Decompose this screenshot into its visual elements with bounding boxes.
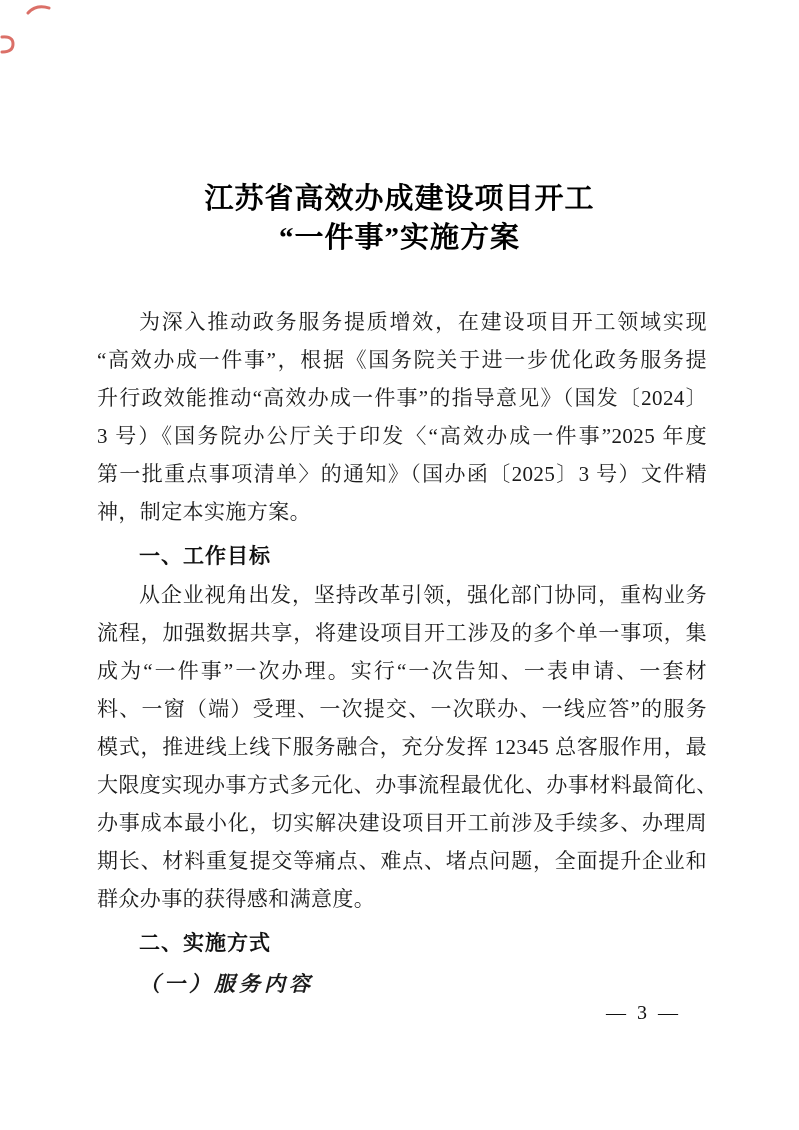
work-goals-line: 群众办事的获得感和满意度。 bbox=[97, 880, 707, 918]
work-goals-line: 成为“一件事”一次办理。实行“一次告知、一表申请、一套材 bbox=[97, 652, 707, 690]
document-page: 江苏省高效办成建设项目开工 “一件事”实施方案 为深入推动政务服务提质增效，在建… bbox=[0, 0, 799, 1130]
work-goals-line: 流程，加强数据共享，将建设项目开工涉及的多个单一事项，集 bbox=[97, 614, 707, 652]
intro-paragraph: 为深入推动政务服务提质增效，在建设项目开工领域实现 “高效办成一件事”，根据《国… bbox=[97, 303, 707, 531]
work-goals-line: 料、一窗（端）受理、一次提交、一次联办、一线应答”的服务 bbox=[97, 690, 707, 728]
work-goals-paragraph: 从企业视角出发，坚持改革引领，强化部门协同，重构业务 流程，加强数据共享，将建设… bbox=[97, 576, 707, 918]
document-title-line-2: “一件事”实施方案 bbox=[0, 219, 799, 258]
section-heading-implementation: 二、实施方式 bbox=[97, 925, 707, 963]
work-goals-line: 从企业视角出发，坚持改革引领，强化部门协同，重构业务 bbox=[97, 576, 707, 614]
work-goals-line: 期长、材料重复提交等痛点、难点、堵点问题，全面提升企业和 bbox=[97, 842, 707, 880]
section-heading-work-goals: 一、工作目标 bbox=[97, 538, 707, 576]
page-number: — 3 — bbox=[606, 1000, 681, 1026]
work-goals-line: 办事成本最小化，切实解决建设项目开工前涉及手续多、办理周 bbox=[97, 804, 707, 842]
subheading-service-content: （一）服务内容 bbox=[97, 965, 707, 1003]
red-pen-marks-icon bbox=[0, 0, 64, 64]
intro-line: 第一批重点事项清单〉的通知》（国办函〔2025〕3 号）文件精 bbox=[97, 455, 707, 493]
work-goals-line: 大限度实现办事方式多元化、办事流程最优化、办事材料最简化、 bbox=[97, 766, 707, 804]
intro-line: 3 号）《国务院办公厅关于印发〈“高效办成一件事”2025 年度 bbox=[97, 417, 707, 455]
work-goals-line: 模式，推进线上线下服务融合，充分发挥 12345 总客服作用，最 bbox=[97, 728, 707, 766]
intro-line: 神，制定本实施方案。 bbox=[97, 493, 707, 531]
intro-line: “高效办成一件事”，根据《国务院关于进一步优化政务服务提 bbox=[97, 341, 707, 379]
document-body: 为深入推动政务服务提质增效，在建设项目开工领域实现 “高效办成一件事”，根据《国… bbox=[97, 303, 707, 1003]
document-title-line-1: 江苏省高效办成建设项目开工 bbox=[0, 180, 799, 219]
intro-line: 升行政效能推动“高效办成一件事”的指导意见》（国发〔2024〕 bbox=[97, 379, 707, 417]
intro-line: 为深入推动政务服务提质增效，在建设项目开工领域实现 bbox=[97, 303, 707, 341]
document-title: 江苏省高效办成建设项目开工 “一件事”实施方案 bbox=[0, 180, 799, 258]
